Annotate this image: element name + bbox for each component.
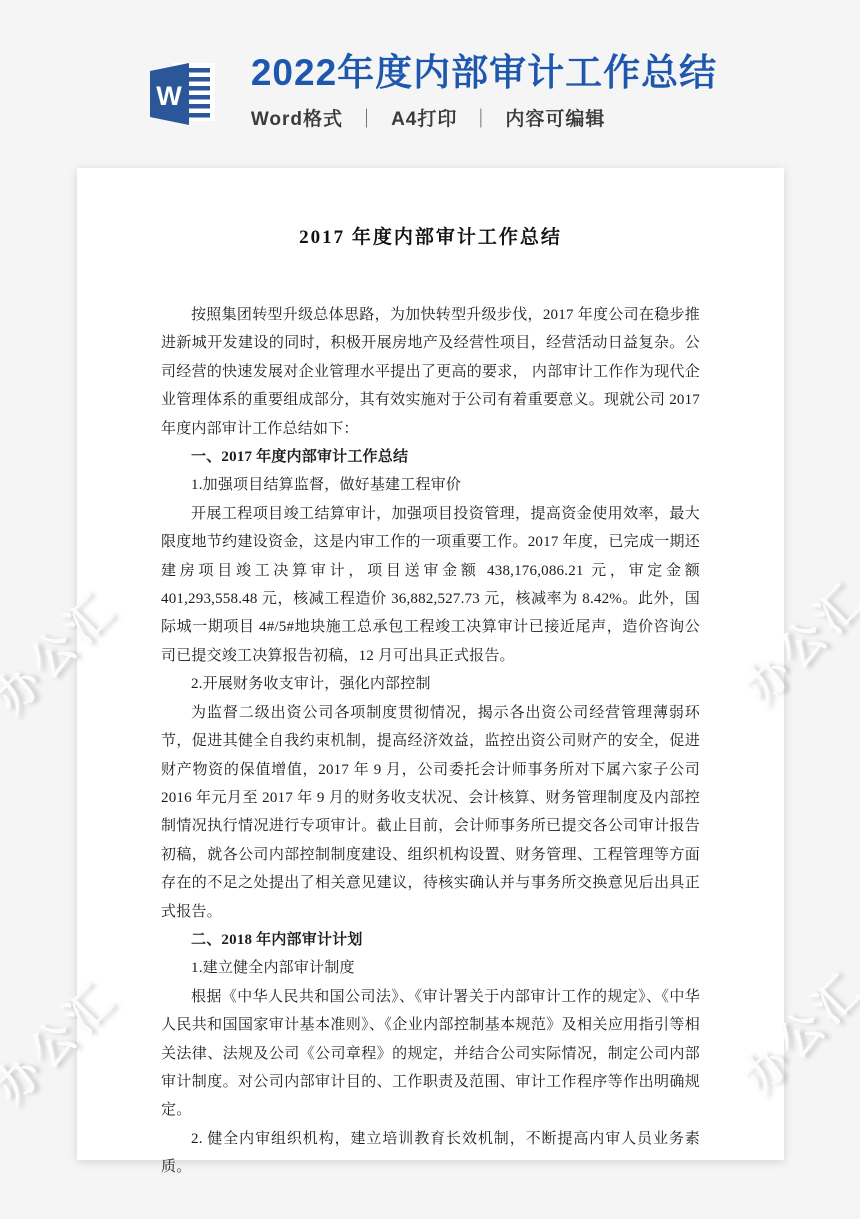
subtitle-print: A4打印: [391, 109, 457, 130]
header-text-block: 2022年度内部审计工作总结 Word格式｜A4打印｜内容可编辑: [251, 52, 717, 131]
paragraph-2-1: 根据《中华人民共和国公司法》、《审计署关于内部审计工作的规定》、《中华人民共和国…: [161, 983, 700, 1125]
subheading-2-1: 1.建立健全内部审计制度: [161, 954, 700, 982]
section-heading-1: 一、2017 年度内部审计工作总结: [161, 443, 700, 471]
section-heading-2: 二、2018 年内部审计计划: [161, 926, 700, 954]
page-header: W 2022年度内部审计工作总结 Word格式｜A4打印｜内容可编辑: [0, 52, 860, 131]
document-page: 2017 年度内部审计工作总结 按照集团转型升级总体思路，为加快转型升级步伐，2…: [77, 168, 784, 1160]
subheading-2-2: 2. 健全内审组织机构，建立培训教育长效机制，不断提高内审人员业务素质。: [161, 1125, 700, 1182]
document-body: 按照集团转型升级总体思路，为加快转型升级步伐，2017 年度公司在稳步推进新城开…: [161, 301, 700, 1182]
paragraph-1-1: 开展工程项目竣工结算审计，加强项目投资管理，提高资金使用效率，最大限度地节约建设…: [161, 500, 700, 670]
word-icon-letter: W: [156, 81, 182, 111]
page-title: 2022年度内部审计工作总结: [251, 52, 717, 95]
subtitle-format: Word格式: [251, 109, 343, 130]
subheading-1-1: 1.加强项目结算监督，做好基建工程审价: [161, 471, 700, 499]
subheading-1-2: 2.开展财务收支审计，强化内部控制: [161, 670, 700, 698]
word-file-icon: W: [143, 56, 221, 130]
subtitle-separator: ｜: [357, 109, 377, 130]
paragraph-1-2: 为监督二级出资公司各项制度贯彻情况，揭示各出资公司经营管理薄弱环节，促进其健全自…: [161, 699, 700, 926]
subtitle-separator: ｜: [471, 109, 491, 130]
document-title: 2017 年度内部审计工作总结: [161, 222, 700, 249]
subtitle-editable: 内容可编辑: [505, 109, 605, 130]
page-subtitle: Word格式｜A4打印｜内容可编辑: [251, 104, 717, 131]
paragraph-intro: 按照集团转型升级总体思路，为加快转型升级步伐，2017 年度公司在稳步推进新城开…: [161, 301, 700, 443]
